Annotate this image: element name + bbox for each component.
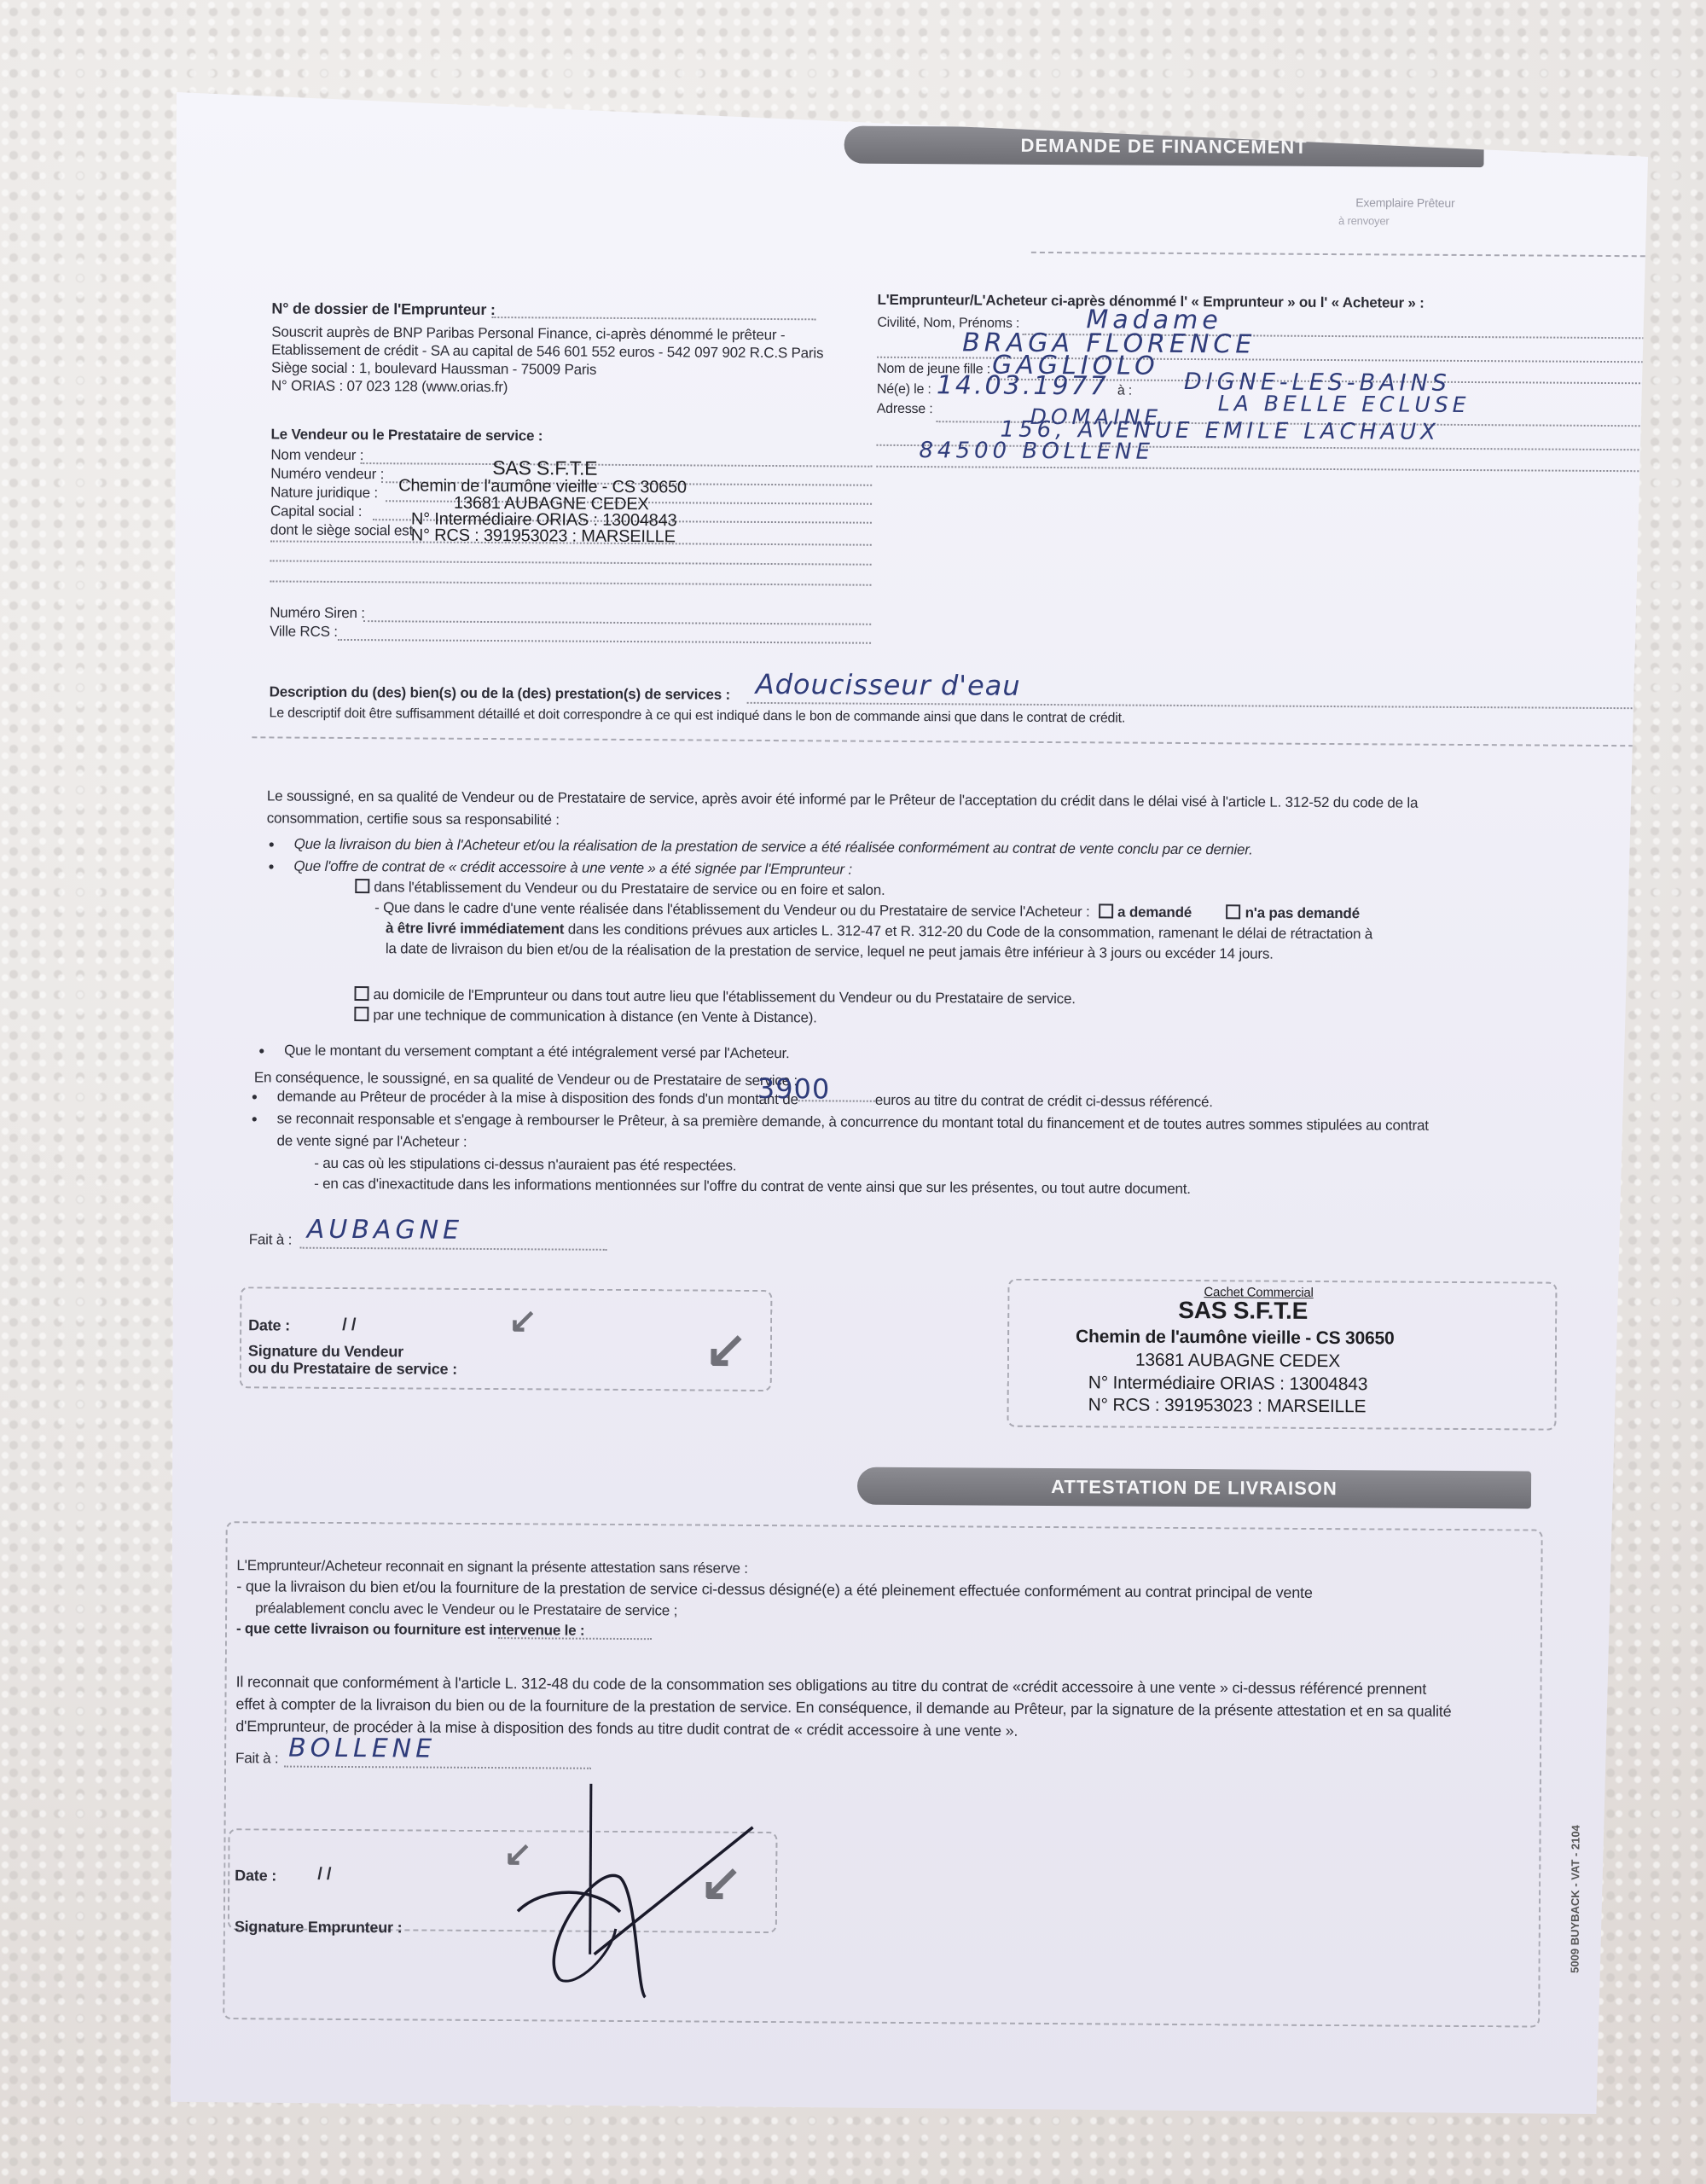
delivery-point-2: - que cette livraison ou fourniture est …: [236, 1620, 585, 1639]
seller-field-label-4: Capital social :: [270, 502, 362, 520]
seller-field-line-7[interactable]: [270, 580, 871, 585]
birth-label: Né(e) le :: [877, 382, 931, 398]
delivery-date-label: Date :: [235, 1867, 276, 1885]
option-distance: par une technique de communication à dis…: [354, 1007, 816, 1026]
request-pre: demande au Prêteur de procéder à la mise…: [277, 1088, 798, 1107]
option-establishment: dans l'établissement du Vendeur ou du Pr…: [355, 879, 885, 899]
borrower-signature: [466, 1783, 775, 2007]
delivery-intro: L'Emprunteur/Acheteur reconnait en signa…: [236, 1557, 748, 1577]
arrow-down-left-icon: ↙: [508, 1301, 537, 1340]
option-distance-label: par une technique de communication à dis…: [373, 1007, 816, 1025]
ville-rcs-label: Ville RCS :: [270, 623, 338, 640]
cert-bullet-3: Que le montant du versement comptant a é…: [284, 1043, 790, 1063]
option-home: au domicile de l'Emprunteur ou dans tout…: [354, 986, 1075, 1008]
dossier-field[interactable]: [491, 317, 815, 320]
dossier-label: N° de dossier de l'Emprunteur :: [271, 299, 495, 319]
lender-info-2: Etablissement de crédit - SA au capital …: [271, 341, 823, 362]
cert-bullet-2: Que l'offre de contrat de « crédit acces…: [293, 858, 852, 879]
commercial-stamp-line-1: SAS S.F.T.E: [1178, 1297, 1308, 1325]
seller-field-line-6[interactable]: [270, 560, 872, 565]
ville-rcs-field[interactable]: [338, 639, 871, 644]
description-label: Description du (des) bien(s) ou de la (d…: [270, 683, 730, 703]
responsible-line-2: de vente signé par l'Acheteur :: [276, 1132, 467, 1150]
borrower-signature-label: Signature Emprunteur :: [235, 1918, 403, 1937]
copy-label: Exemplaire Prêteur: [1355, 195, 1454, 210]
consequence-text: En conséquence, le soussigné, en sa qual…: [254, 1069, 798, 1089]
option-establishment-label: dans l'établissement du Vendeur ou du Pr…: [374, 879, 885, 898]
seller-field-label-3: Nature juridique :: [270, 484, 378, 502]
seller-fait-a-value: AUBAGNE: [307, 1215, 463, 1246]
description-value: Adoucisseur d'eau: [756, 668, 1021, 702]
home-checkbox[interactable]: [354, 986, 368, 1001]
siren-field[interactable]: [363, 620, 871, 625]
siren-label: Numéro Siren :: [270, 604, 365, 622]
cert-bullet-1: Que la livraison du bien à l'Acheteur et…: [294, 836, 1253, 859]
delivery-banner: ATTESTATION DE LIVRAISON: [857, 1467, 1531, 1509]
seller-fait-a-label: Fait à :: [249, 1231, 292, 1248]
delivery-fait-a-label: Fait à :: [235, 1750, 278, 1767]
seller-field-line-1[interactable]: [360, 462, 872, 468]
delivery-point-1-line-2: préalablement conclu avec le Vendeur ou …: [255, 1600, 677, 1619]
paper-sheet: DEMANDE DE FINANCEMENT Exemplaire Prêteu…: [171, 92, 1648, 2114]
side-reference: 5009 BUYBACK - VAT - 2104: [1569, 1825, 1582, 1973]
delivery-date-separators: / /: [317, 1865, 331, 1885]
cert-sub-3: la date de livraison du bien et/ou de la…: [386, 940, 1274, 962]
description-note: Le descriptif doit être suffisamment dét…: [269, 706, 1125, 726]
borrower-frame: [1029, 288, 1663, 633]
seller-stamp-line-5: N° RCS : 391953023 : MARSEILLE: [411, 526, 676, 547]
asked-label: a demandé: [1117, 904, 1192, 921]
establishment-checkbox[interactable]: [355, 879, 369, 893]
cert-intro-2: consommation, certifie sous sa responsab…: [267, 810, 560, 828]
seller-signature-label-2: ou du Prestataire de service :: [248, 1359, 457, 1378]
option-home-label: au domicile de l'Emprunteur ou dans tout…: [373, 986, 1075, 1007]
seller-field-label-1: Nom vendeur :: [270, 446, 363, 464]
cert-intro-1: Le soussigné, en sa qualité de Vendeur o…: [267, 787, 1418, 811]
cert-sub-2-rest: dans les conditions prévues aux articles…: [568, 921, 1372, 943]
seller-fait-a-field[interactable]: [300, 1247, 607, 1251]
asked-checkbox[interactable]: [1099, 903, 1113, 918]
lender-info-3: Siège social : 1, boulevard Haussman - 7…: [271, 359, 596, 378]
seller-field-label-2: Numéro vendeur :: [270, 465, 384, 483]
seller-date-label: Date :: [248, 1316, 290, 1334]
seller-field-label-5: dont le siège social est: [270, 521, 413, 539]
distance-checkbox[interactable]: [354, 1007, 368, 1021]
delivery-banner-text: ATTESTATION DE LIVRAISON: [1051, 1476, 1338, 1500]
header-frame: [1031, 238, 1654, 257]
responsible-line-1: se reconnait responsable et s'engage à r…: [277, 1110, 1429, 1134]
commercial-stamp-line-2: Chemin de l'aumône vieille - CS 30650: [1076, 1327, 1395, 1349]
cert-sub-2-bold: à être livré immédiatement: [386, 920, 564, 937]
not-asked-checkbox[interactable]: [1227, 904, 1241, 919]
arrow-down-left-icon: ↙: [705, 1320, 748, 1380]
cert-sub-1-text: - Que dans le cadre d'une vente réalisée…: [374, 899, 1090, 920]
case-1: - au cas où les stipulations ci-dessus n…: [314, 1155, 736, 1175]
seller-heading: Le Vendeur ou le Prestataire de service …: [270, 426, 543, 444]
seller-date-separators: / /: [342, 1316, 356, 1335]
commercial-stamp-line-3: 13681 AUBAGNE CEDEX: [1135, 1350, 1340, 1372]
description-frame: [252, 728, 1668, 746]
copy-label-sub: à renvoyer: [1338, 214, 1390, 227]
seller-signature-label-1: Signature du Vendeur: [248, 1342, 403, 1361]
delivery-fait-a-value: BOLLENE: [288, 1734, 436, 1764]
address-label: Adresse :: [877, 402, 933, 417]
cert-sub-2: à être livré immédiatement dans les cond…: [386, 920, 1372, 943]
lender-info-1: Souscrit auprès de BNP Paribas Personal …: [271, 323, 785, 344]
lender-info-4: N° ORIAS : 07 023 128 (www.orias.fr): [271, 377, 508, 396]
amount-value: 3900: [757, 1072, 831, 1106]
commercial-stamp-line-4: N° Intermédiaire ORIAS : 13004843: [1088, 1373, 1368, 1395]
description-field[interactable]: [747, 702, 1660, 710]
request-line: demande au Prêteur de procéder à la mise…: [277, 1088, 1213, 1111]
cert-sub-1: - Que dans le cadre d'une vente réalisée…: [374, 899, 1360, 922]
commercial-stamp-line-5: N° RCS : 391953023 : MARSEILLE: [1088, 1395, 1367, 1417]
request-post: euros au titre du contrat de crédit ci-d…: [875, 1092, 1213, 1110]
not-asked-label: n'a pas demandé: [1245, 904, 1360, 921]
case-2: - en cas d'inexactitude dans les informa…: [314, 1176, 1191, 1198]
